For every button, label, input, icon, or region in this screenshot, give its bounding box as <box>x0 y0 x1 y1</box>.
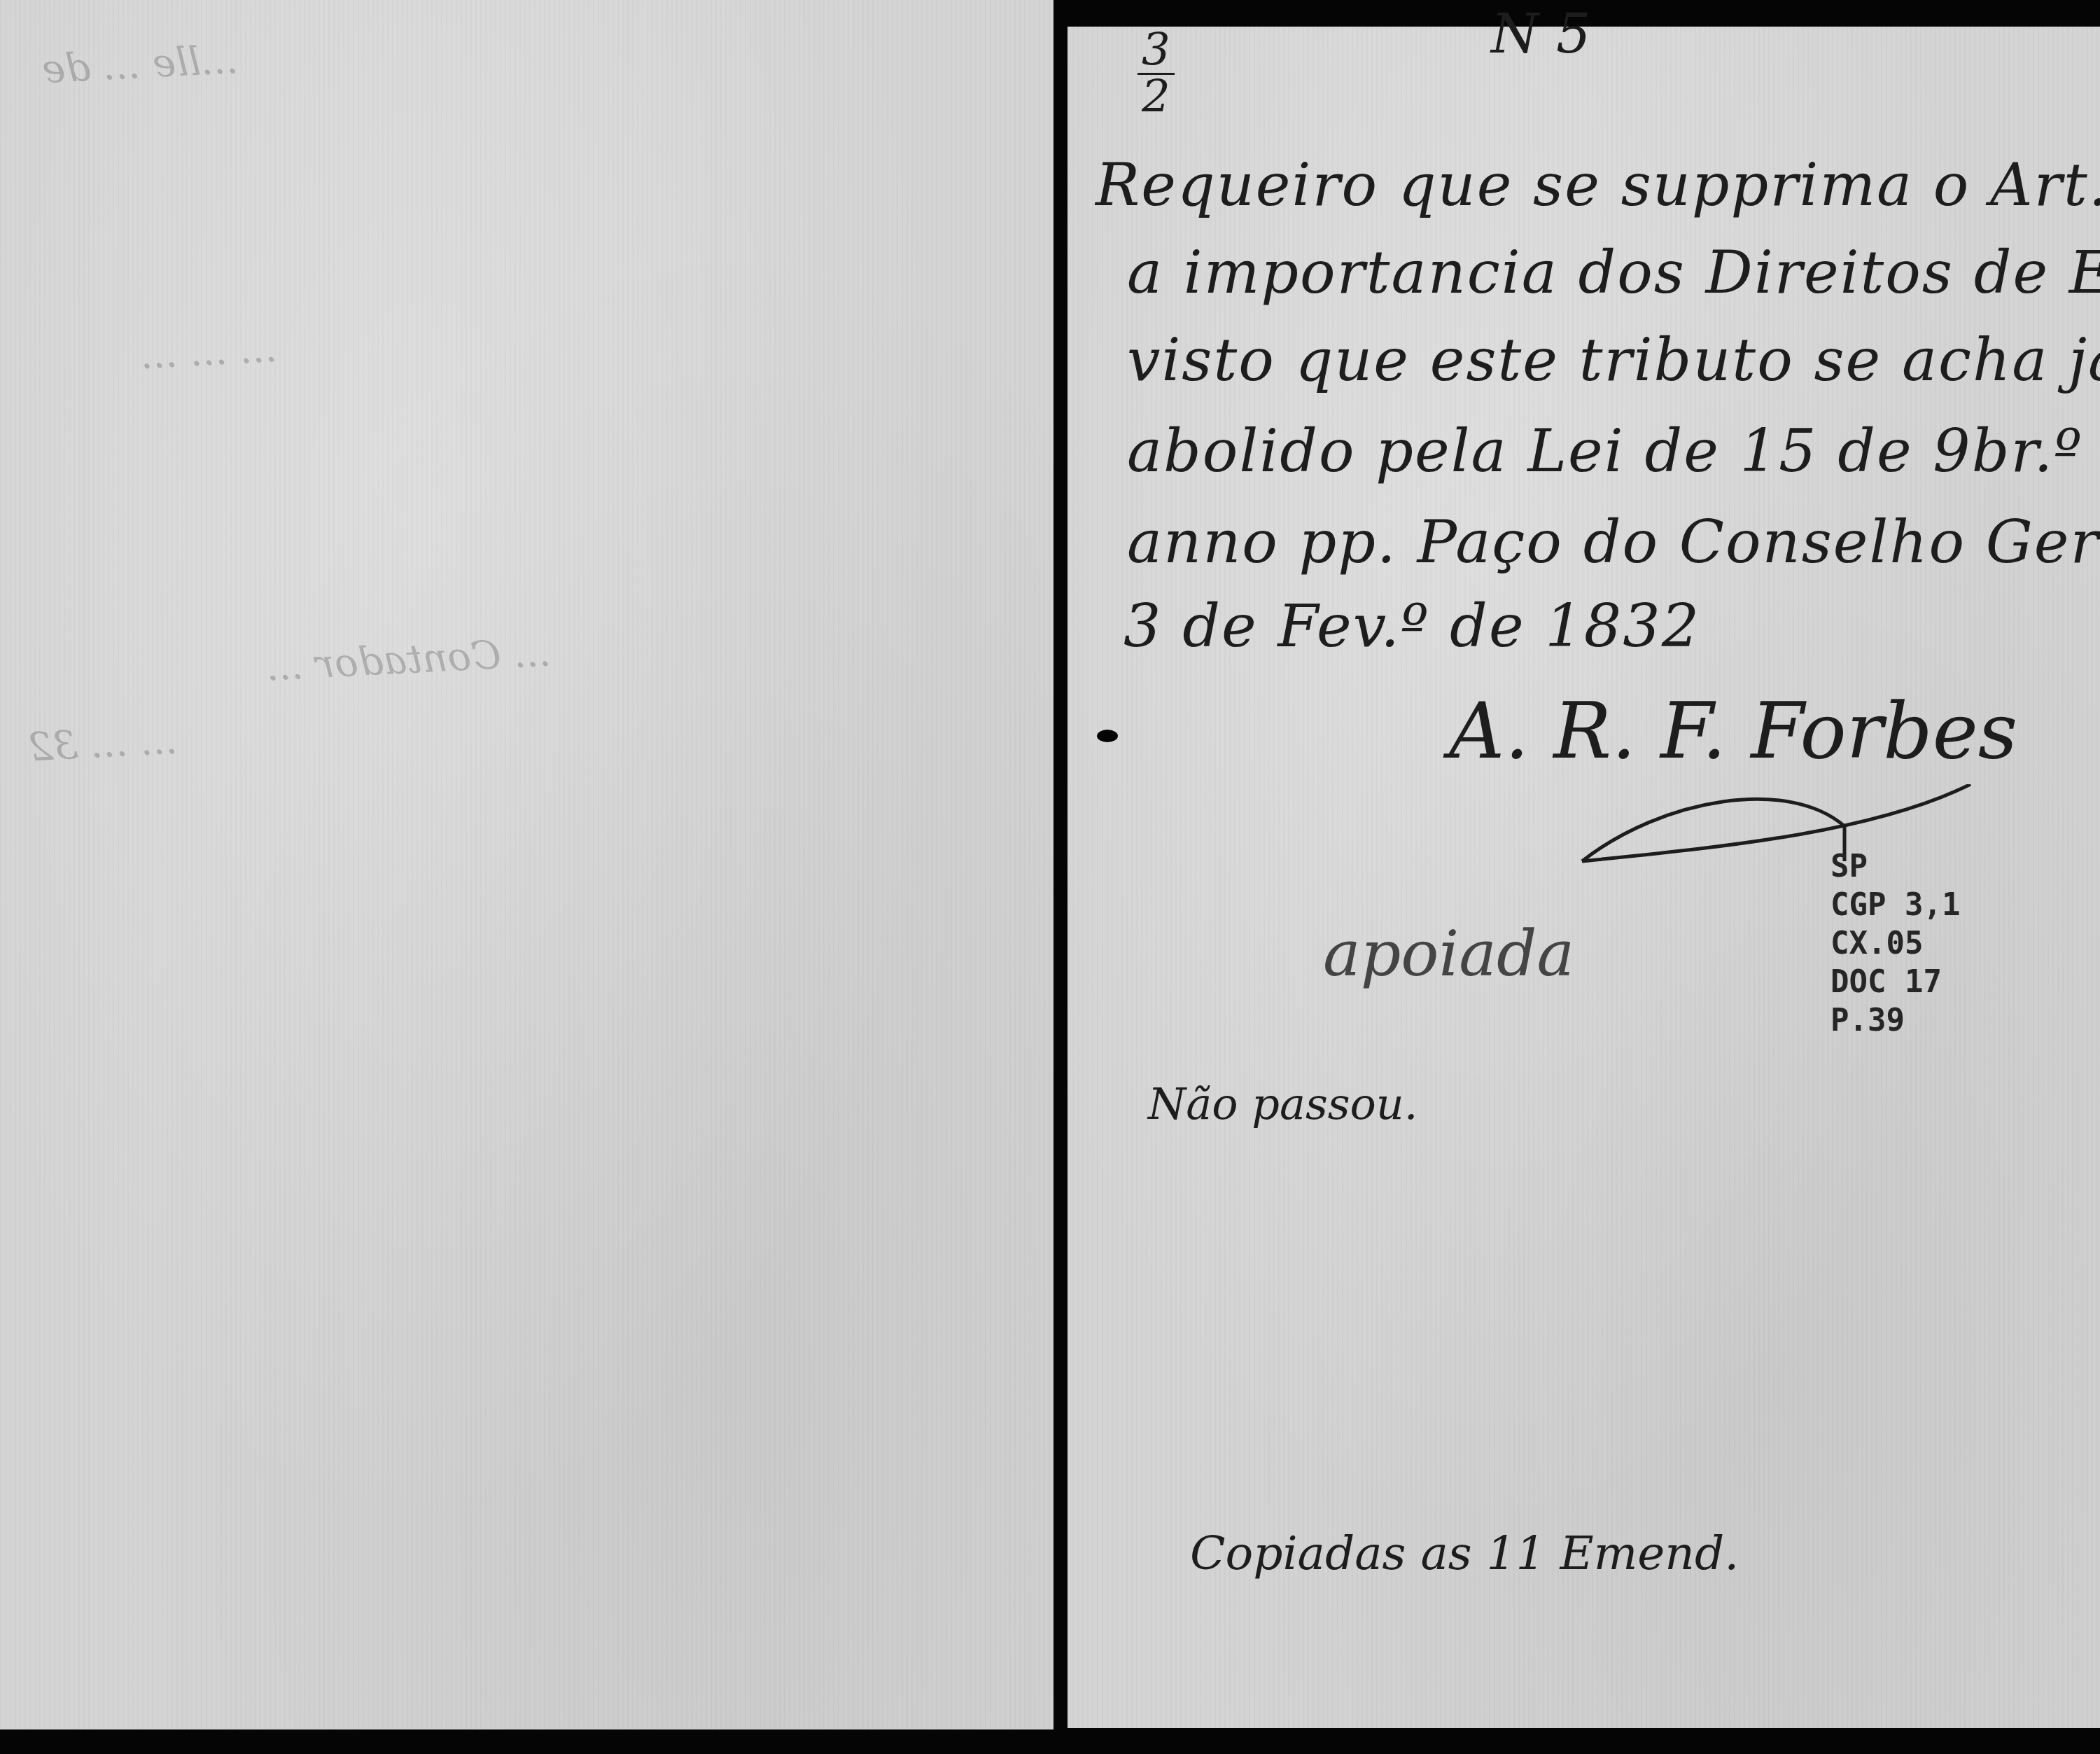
body-line-4: abolido pela Lei de 15 de 9br.º do <box>1127 417 2100 485</box>
folio-numerator: 3 <box>1137 28 1175 75</box>
archive-line-3: CX.05 <box>1830 924 1960 963</box>
folio-denominator: 2 <box>1142 71 1170 123</box>
body-line-5: anno pp. Paço do Conselho Geral <box>1127 508 2100 576</box>
bleed-through-text: ...lle ... de <box>41 37 239 93</box>
archive-line-4: DOC 17 <box>1830 963 1960 1001</box>
bleed-through-text: ... ... ... <box>139 326 278 378</box>
body-line-1: Requeiro que se supprima o Art.º que orç… <box>1095 151 2100 219</box>
annotation-nao-passou: Não passou. <box>1148 1078 1418 1129</box>
paper-hole <box>1097 730 1118 742</box>
folio-mark: 3 2 <box>1137 28 1175 120</box>
bleed-through-text: ... Contador ... <box>265 629 552 690</box>
left-page: ...lle ... de ... ... ... ... Contador .… <box>0 0 1053 1729</box>
archive-line-1: SP <box>1830 847 1960 886</box>
footer-note: Copiadas as 11 Emend. <box>1190 1526 1739 1580</box>
annotation-apoiada: apoiada <box>1323 917 1574 991</box>
body-line-3: visto que este tributo se acha já <box>1127 326 2100 394</box>
bleed-through-text: ... ... 32 <box>27 717 178 770</box>
signature: A. R. F. Forbes <box>1449 686 2017 776</box>
date-line: 3 de Fev.º de 1832 <box>1123 592 1700 660</box>
archive-line-5: P.39 <box>1830 1001 1960 1040</box>
document-number: N 5 <box>1491 3 1591 66</box>
archive-reference: SP CGP 3,1 CX.05 DOC 17 P.39 <box>1830 847 1960 1040</box>
body-line-2: a importancia dos Direitos de Entrada, <box>1127 238 2100 307</box>
archive-line-2: CGP 3,1 <box>1830 886 1960 924</box>
